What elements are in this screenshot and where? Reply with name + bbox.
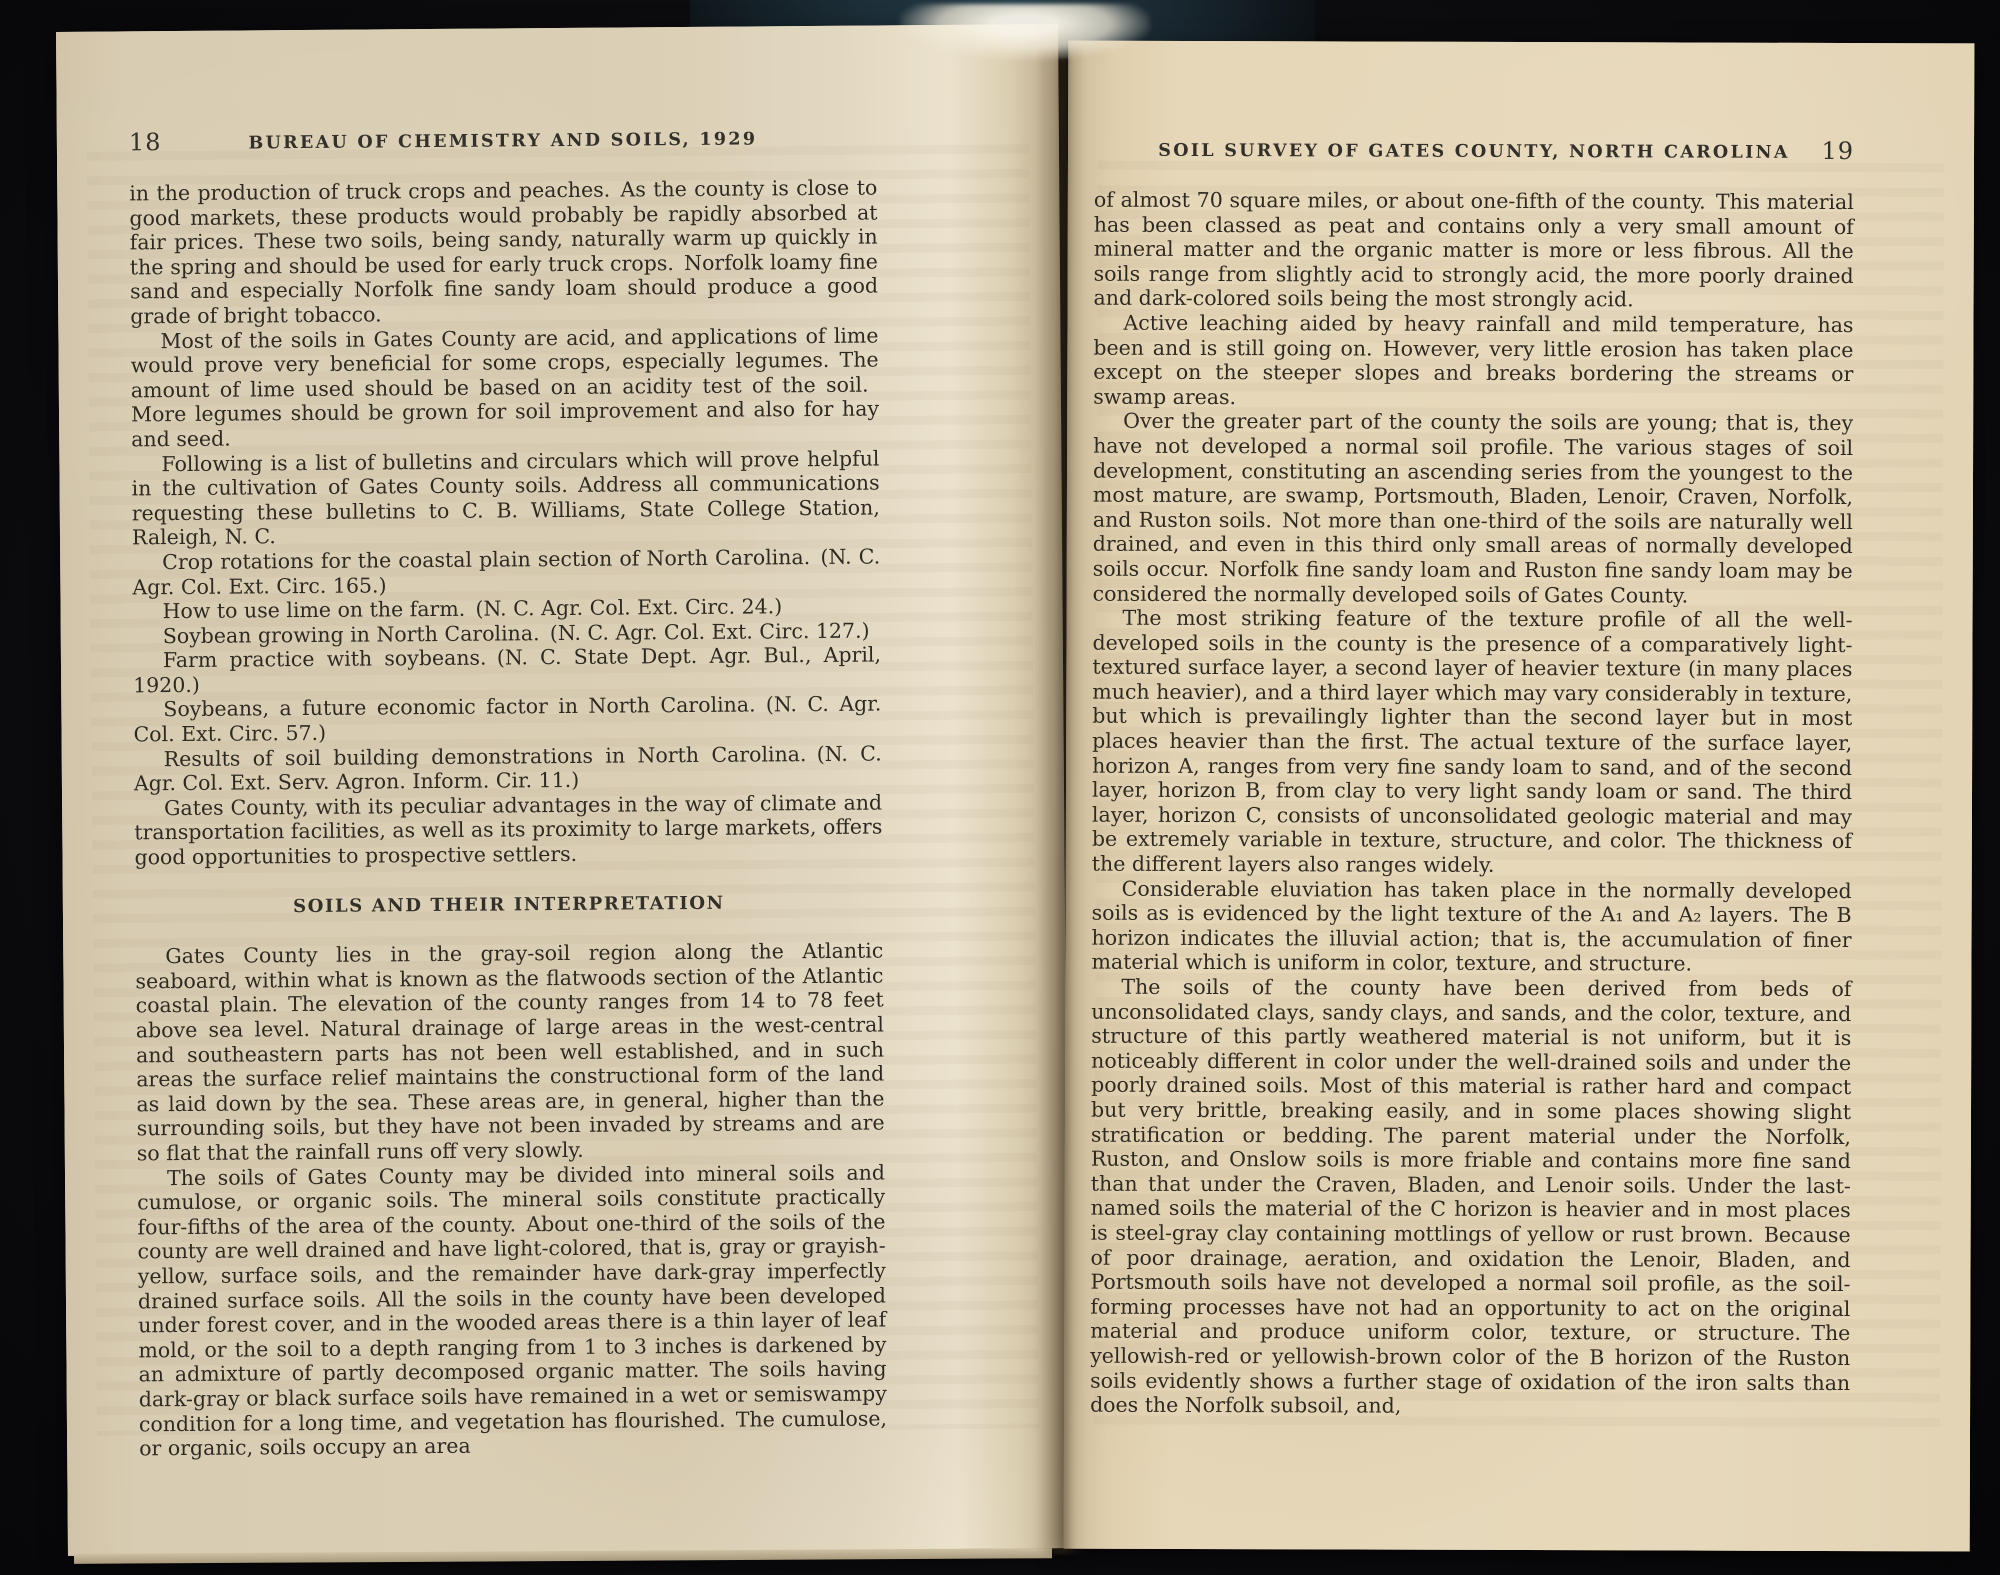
body-paragraph: in the production of truck crops and pea… — [129, 176, 878, 329]
bulletin-list-item: Soybeans, a future economic factor in No… — [133, 692, 881, 747]
bulletin-list-item: Crop rotations for the coastal plain sec… — [132, 544, 880, 599]
body-paragraph: The soils of Gates County may be divided… — [137, 1160, 887, 1461]
bulletin-list-item: Farm practice with soybeans. (N. C. Stat… — [133, 643, 881, 698]
body-paragraph: Gates County, with its peculiar advantag… — [134, 790, 883, 870]
running-header-title-right: SOIL SURVEY OF GATES COUNTY, NORTH CAROL… — [1158, 141, 1790, 163]
body-paragraph: Considerable eluviation has taken place … — [1091, 876, 1851, 977]
body-paragraph: The soils of the county have been derive… — [1090, 975, 1851, 1420]
body-paragraph: Over the greater part of the county the … — [1093, 409, 1854, 608]
left-page: 18 BUREAU OF CHEMISTRY AND SOILS, 1929 i… — [56, 24, 1070, 1556]
right-page-text-column: of almost 70 square miles, or about one-… — [1090, 188, 1854, 1420]
section-heading: SOILS AND THEIR INTERPRETATION — [135, 890, 883, 920]
bulletin-list-item: Results of soil building demonstrations … — [134, 741, 882, 796]
torn-paper-edge — [900, 4, 1150, 60]
body-paragraph: Following is a list of bulletins and cir… — [131, 446, 880, 550]
running-header-title-left: BUREAU OF CHEMISTRY AND SOILS, 1929 — [248, 129, 757, 153]
running-header-left: 18 BUREAU OF CHEMISTRY AND SOILS, 1929 — [129, 129, 877, 155]
left-page-text-column: in the production of truck crops and pea… — [129, 176, 887, 1462]
running-header-right: SOIL SURVEY OF GATES COUNTY, NORTH CAROL… — [1094, 141, 1854, 163]
right-page: SOIL SURVEY OF GATES COUNTY, NORTH CAROL… — [1064, 41, 1975, 1552]
page-number-right: 19 — [1821, 137, 1854, 165]
body-paragraph: Gates County lies in the gray-soil regio… — [135, 939, 885, 1166]
body-paragraph: The most striking feature of the texture… — [1092, 606, 1853, 879]
body-paragraph: of almost 70 square miles, or about one-… — [1094, 188, 1854, 313]
body-paragraph: Most of the soils in Gates County are ac… — [130, 323, 879, 452]
gutter-shadow — [1036, 22, 1086, 1554]
body-paragraph: Active leaching aided by heavy rainfall … — [1093, 311, 1853, 412]
page-number-left: 18 — [129, 128, 162, 156]
book-spread: 18 BUREAU OF CHEMISTRY AND SOILS, 1929 i… — [0, 0, 2000, 1575]
